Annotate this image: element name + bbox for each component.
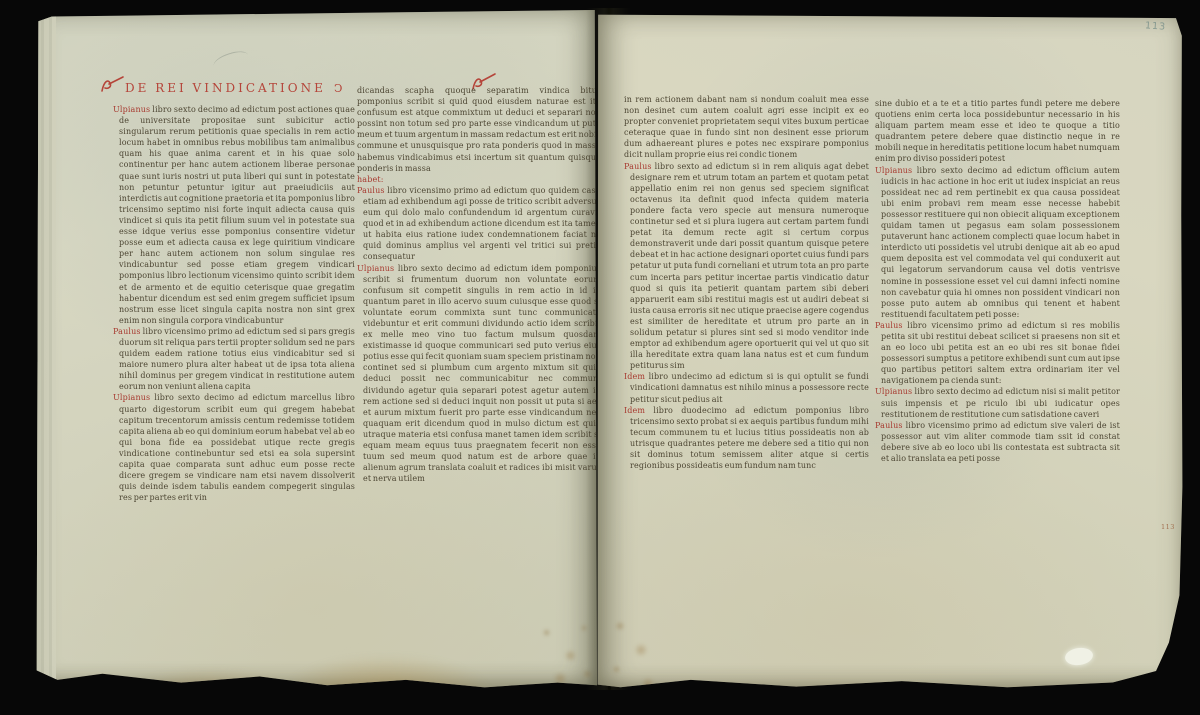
jurist-incipit: Idem bbox=[624, 372, 645, 381]
text-column-1: DE REI VINDICATIONEC Ulpianus libro sext… bbox=[113, 83, 355, 588]
water-stain bbox=[265, 631, 535, 695]
text-column-3: in rem actionem dabant nam si nondum coa… bbox=[624, 94, 869, 591]
body-text: libro sexto decimo ad edictum marcellus … bbox=[119, 393, 355, 502]
water-stain bbox=[115, 657, 305, 697]
jurist-incipit: Idem bbox=[624, 406, 645, 415]
text-block: dicandas scapha quoque separatim vindica… bbox=[357, 85, 601, 174]
body-text: libro sexto decimo ad edictum idem pompo… bbox=[363, 264, 601, 484]
body-text: libro vicensimo primo ad edictum quo qui… bbox=[363, 186, 601, 262]
jurist-incipit: Ulpianus bbox=[113, 393, 150, 402]
body-text: libro sexto decimo ad edictum post actio… bbox=[119, 105, 355, 325]
text-block: Idem libro duodecimo ad edictum pomponiu… bbox=[624, 405, 869, 472]
parchment-chip bbox=[1064, 646, 1094, 667]
text-block: Idem libro undecimo ad edictum si is qui… bbox=[624, 371, 869, 404]
text-block: Paulus libro vicensimo primo ad edictum … bbox=[875, 420, 1120, 464]
body-text: libro vicensimo primo ad edictum sive va… bbox=[881, 421, 1120, 463]
jurist-incipit: Paulus bbox=[113, 327, 141, 336]
jurist-incipit: Paulus bbox=[357, 186, 385, 195]
text-block: Paulus libro vicensimo primo ad edictum … bbox=[875, 320, 1120, 387]
text-block: Ulpianus libro sexto decimo ad edictum p… bbox=[113, 104, 355, 326]
body-text: libro vicensimo primo ad edictum si res … bbox=[881, 321, 1120, 385]
text-block: Paulus libro sexto ad edictum si in rem … bbox=[624, 161, 869, 372]
folio-number-top: 113 bbox=[1145, 20, 1167, 32]
jurist-incipit: Ulpianus bbox=[357, 264, 394, 273]
rubric-word: habet: bbox=[357, 175, 384, 184]
jurist-incipit: Paulus bbox=[875, 421, 903, 430]
text-block: in rem actionem dabant nam si nondum coa… bbox=[624, 94, 869, 161]
text-block: Paulus libro vicensimo primo ad edictum … bbox=[357, 185, 601, 263]
text-column-2: dicandas scapha quoque separatim vindica… bbox=[357, 85, 601, 591]
jurist-incipit: Paulus bbox=[624, 162, 652, 171]
title-end-mark: C bbox=[334, 83, 342, 94]
text-block: sine dubio et a te et a titio partes fun… bbox=[875, 98, 1120, 165]
body-text: in rem actionem dabant nam si nondum coa… bbox=[624, 95, 869, 159]
manuscript-photo: DE REI VINDICATIONEC Ulpianus libro sext… bbox=[0, 0, 1200, 715]
body-text: libro undecimo ad edictum si is qui optu… bbox=[630, 372, 869, 403]
body-text: sine dubio et a te et a titio partes fun… bbox=[875, 99, 1120, 163]
leaf-edges bbox=[35, 13, 56, 685]
text-block: Ulpianus libro sexto decimo ad edictum n… bbox=[875, 386, 1120, 419]
body-text: libro sexto ad edictum si in rem aliquis… bbox=[630, 162, 869, 371]
body-text: libro duodecimo ad edictum pomponius lib… bbox=[630, 406, 869, 470]
right-page: 113 113 in rem actionem dabant nam si no… bbox=[597, 12, 1183, 690]
text-block: Ulpianus libro sexto decimo ad edictum o… bbox=[875, 165, 1120, 320]
faded-marginal-scribble bbox=[212, 48, 251, 73]
folio-number-bottom: 113 bbox=[1161, 523, 1175, 531]
jurist-incipit: Ulpianus bbox=[875, 387, 912, 396]
jurist-incipit: Paulus bbox=[875, 321, 903, 330]
text-column-4: sine dubio et a te et a titio partes fun… bbox=[875, 98, 1120, 590]
body-text: dicandas scapha quoque separatim vindica… bbox=[357, 86, 601, 173]
title-text: DE REI VINDICATIONE bbox=[125, 83, 326, 95]
text-block: Ulpianus libro sexto decimo ad edictum i… bbox=[357, 263, 601, 485]
body-text: libro sexto decimo ad edictum officium a… bbox=[881, 166, 1120, 319]
gutter-stain bbox=[599, 602, 669, 698]
jurist-incipit: Ulpianus bbox=[875, 166, 912, 175]
body-text: libro sexto decimo ad edictum nisi si ma… bbox=[881, 387, 1120, 418]
left-page: DE REI VINDICATIONEC Ulpianus libro sext… bbox=[35, 9, 597, 688]
chapter-title: DE REI VINDICATIONEC bbox=[113, 83, 355, 102]
body-text: libro vicensimo primo ad edictum sed si … bbox=[119, 327, 355, 391]
gutter-stain bbox=[533, 605, 601, 697]
text-block: Ulpianus libro sexto decimo ad edictum m… bbox=[113, 392, 355, 503]
text-block: habet: bbox=[357, 174, 601, 185]
text-block: Paulus libro vicensimo primo ad edictum … bbox=[113, 326, 355, 393]
jurist-incipit: Ulpianus bbox=[113, 105, 150, 114]
